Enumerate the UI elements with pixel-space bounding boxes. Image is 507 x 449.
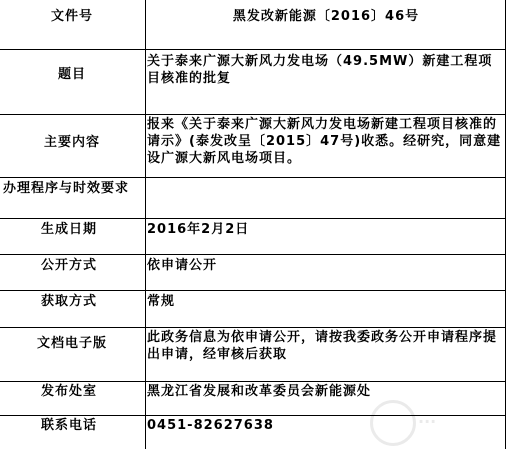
label-cell: 公开方式: [0, 255, 146, 291]
value-cell: 此政务信息为依申请公开，请按我委政务公开申请程序提出申请，经审核后获取: [146, 328, 506, 382]
row-value-office: 黑龙江省发展和改革委员会新能源处: [146, 382, 505, 400]
row-label-phone: 联系电话: [0, 416, 145, 434]
value-cell: 关于泰来广源大新风力发电场（49.5MW）新建工程项目核准的批复: [146, 50, 506, 115]
row-label-electronic: 文档电子版: [0, 328, 145, 352]
table-row: 文件号 黑发改新能源〔2016〕46号: [0, 0, 506, 50]
row-label-file-number: 文件号: [0, 0, 145, 25]
table-row: 联系电话 0451-82627638: [0, 416, 506, 449]
table-row: 发布处室 黑龙江省发展和改革委员会新能源处: [0, 382, 506, 416]
value-cell: 0451-82627638: [146, 416, 506, 449]
table-row: 公开方式 依申请公开: [0, 255, 506, 291]
row-value-main-content: 报来《关于泰来广源大新风力发电场新建工程项目核准的请示》(泰发改呈〔2015〕4…: [146, 115, 505, 167]
label-cell: 办理程序与时效要求: [0, 178, 146, 219]
value-cell: 黑发改新能源〔2016〕46号: [146, 0, 506, 50]
label-cell: 生成日期: [0, 219, 146, 255]
row-label-office: 发布处室: [0, 382, 145, 400]
row-label-main-content: 主要内容: [0, 115, 145, 151]
value-cell: [146, 178, 506, 219]
label-cell: 题目: [0, 50, 146, 115]
label-cell: 文件号: [0, 0, 146, 50]
label-cell: 发布处室: [0, 382, 146, 416]
row-value-title: 关于泰来广源大新风力发电场（49.5MW）新建工程项目核准的批复: [146, 50, 505, 87]
label-cell: 主要内容: [0, 115, 146, 178]
label-cell: 获取方式: [0, 291, 146, 328]
document-info-table: 文件号 黑发改新能源〔2016〕46号 题目 关于泰来广源大新风力发电场（49.…: [0, 0, 506, 449]
table-row: 办理程序与时效要求: [0, 178, 506, 219]
value-cell: 常规: [146, 291, 506, 328]
table-row: 生成日期 2016年2月2日: [0, 219, 506, 255]
table-row: 主要内容 报来《关于泰来广源大新风力发电场新建工程项目核准的请示》(泰发改呈〔2…: [0, 115, 506, 178]
row-label-date: 生成日期: [0, 219, 145, 238]
row-label-procedure: 办理程序与时效要求: [0, 178, 145, 197]
label-cell: 联系电话: [0, 416, 146, 449]
row-value-disclosure: 依申请公开: [146, 255, 505, 274]
row-value-access: 常规: [146, 291, 505, 310]
row-value-date: 2016年2月2日: [146, 219, 505, 238]
label-cell: 文档电子版: [0, 328, 146, 382]
row-label-disclosure: 公开方式: [0, 255, 145, 274]
row-label-access: 获取方式: [0, 291, 145, 310]
value-cell: 依申请公开: [146, 255, 506, 291]
row-value-electronic: 此政务信息为依申请公开，请按我委政务公开申请程序提出申请，经审核后获取: [146, 328, 505, 363]
value-cell: 2016年2月2日: [146, 219, 506, 255]
table-row: 获取方式 常规: [0, 291, 506, 328]
row-value-phone: 0451-82627638: [146, 416, 505, 434]
row-label-title: 题目: [0, 50, 145, 83]
value-cell: 报来《关于泰来广源大新风力发电场新建工程项目核准的请示》(泰发改呈〔2015〕4…: [146, 115, 506, 178]
value-cell: 黑龙江省发展和改革委员会新能源处: [146, 382, 506, 416]
table-row: 题目 关于泰来广源大新风力发电场（49.5MW）新建工程项目核准的批复: [0, 50, 506, 115]
table-row: 文档电子版 此政务信息为依申请公开，请按我委政务公开申请程序提出申请，经审核后获…: [0, 328, 506, 382]
row-value-file-number: 黑发改新能源〔2016〕46号: [146, 0, 505, 25]
